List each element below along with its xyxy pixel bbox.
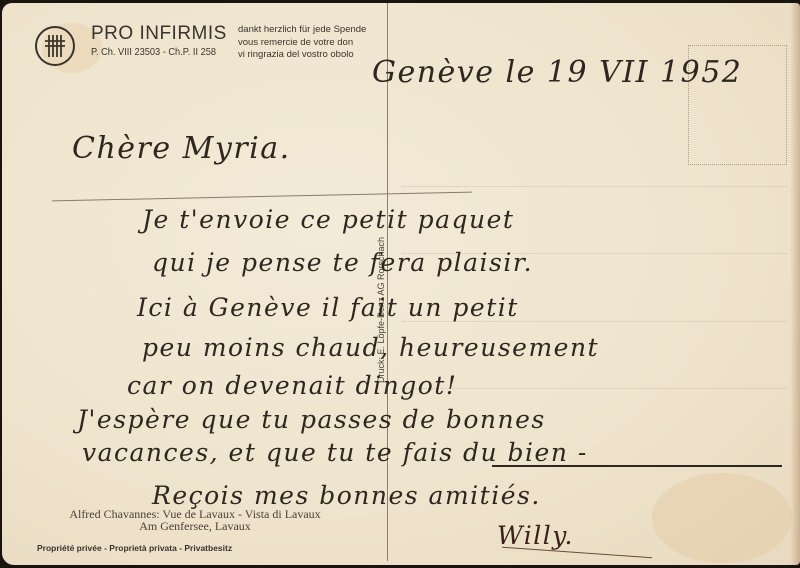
- thanks-fr: vous remercie de votre don: [238, 37, 366, 50]
- stain: [652, 473, 792, 563]
- letter-line: qui je pense te fera plaisir.: [152, 248, 533, 277]
- letter-line: car on devenait dingot!: [127, 371, 457, 400]
- letter-line: vacances, et que tu te fais du bien -: [82, 438, 588, 467]
- postal-accounts: P. Ch. VIII 23503 - Ch.P. II 258: [91, 46, 216, 58]
- thanks-it: vi ringrazia del vostro obolo: [238, 49, 366, 62]
- postcard: PRO INFIRMIS P. Ch. VIII 23503 - Ch.P. I…: [2, 3, 800, 565]
- letter-line: Je t'envoie ce petit paquet: [142, 205, 514, 234]
- thanks-text: dankt herzlich für jede Spende vous reme…: [238, 24, 366, 62]
- letter-salutation: Chère Myria.: [72, 131, 291, 166]
- letter-line: J'espère que tu passes de bonnes: [77, 405, 546, 434]
- address-line: [402, 388, 787, 389]
- decorative-stroke: [52, 192, 472, 202]
- letter-closing: Reçois mes bonnes amitiés.: [152, 481, 541, 510]
- ownership-notice: Propriété privée - Proprietà privata - P…: [37, 543, 232, 553]
- signature-flourish: [502, 547, 652, 558]
- pro-infirmis-logo-icon: [34, 25, 76, 67]
- caption-line-2: Am Genfersee, Lavaux: [40, 520, 350, 532]
- thanks-de: dankt herzlich für jede Spende: [238, 24, 366, 37]
- underline-stroke: [492, 465, 782, 467]
- letter-signature: Willy.: [497, 521, 574, 550]
- image-caption: Alfred Chavannes: Vue de Lavaux - Vista …: [40, 508, 350, 532]
- address-line: [402, 186, 787, 187]
- letter-line: Ici à Genève il fait un petit: [137, 293, 519, 322]
- letter-date: Genève le 19 VII 1952: [372, 55, 742, 90]
- brand-name: PRO INFIRMIS: [91, 23, 227, 45]
- letter-line: peu moins chaud, heureusement: [142, 333, 599, 362]
